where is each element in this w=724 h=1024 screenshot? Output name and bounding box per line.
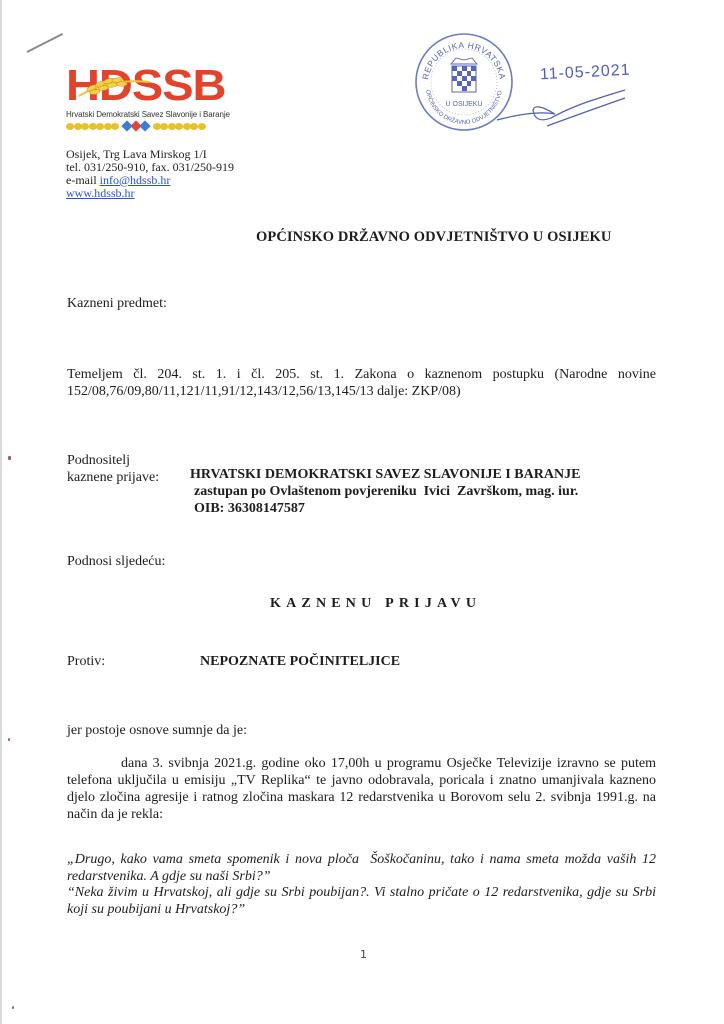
margin-speck [8, 456, 11, 460]
submitter-name: HRVATSKI DEMOKRATSKI SAVEZ SLAVONIJE I B… [190, 466, 580, 483]
page-number: 1 [360, 948, 367, 961]
document-title: KAZNENU PRIJAVU [270, 596, 481, 612]
margin-speck [8, 738, 10, 741]
contact-block: Osijek, Trg Lava Mirskog 1/I tel. 031/25… [66, 148, 234, 200]
legal-basis: Temeljem čl. 204. st. 1. i čl. 205. st. … [67, 366, 656, 400]
hdssb-logo: HDSSB Hrvatski Demokratski Savez Slavoni… [66, 66, 248, 130]
logo-wordmark: HDSSB [66, 66, 261, 108]
quote-2: “Neka živim u Hrvatskoj, ali gdje su Srb… [67, 884, 656, 918]
signature-icon [495, 80, 635, 130]
svg-text:U OSIJEKU: U OSIJEKU [446, 101, 483, 108]
logo-ornament-band [66, 122, 248, 130]
submitter-details: HRVATSKI DEMOKRATSKI SAVEZ SLAVONIJE I B… [190, 466, 580, 517]
logo-subtitle: Hrvatski Demokratski Savez Slavonije i B… [66, 110, 248, 119]
submitter-oib: OIB: 36308147587 [190, 500, 580, 517]
email-link[interactable]: info@hdssb.hr [100, 173, 171, 187]
submits-label: Podnosi sljedeću: [67, 553, 165, 570]
submitter-label: Podnositelj kaznene prijave: [67, 452, 159, 486]
body-paragraph: dana 3. svibnja 2021.g. godine oko 17,00… [67, 755, 656, 823]
scan-edge [0, 0, 2, 1024]
pen-mark [27, 33, 64, 53]
grounds-intro: jer postoje osnove sumnje da je: [67, 722, 247, 739]
regional-emblem-icon [123, 122, 149, 130]
wheat-beads-left [66, 123, 119, 130]
website-line: www.hdssb.hr [66, 187, 234, 200]
margin-speck [12, 1006, 14, 1009]
against-value: NEPOZNATE POČINITELJICE [200, 653, 400, 670]
website-link[interactable]: www.hdssb.hr [66, 186, 135, 200]
wheat-beads-right [153, 123, 206, 130]
quote-1: „Drugo, kako vama smeta spomenik i nova … [67, 851, 656, 885]
wheat-icon [77, 74, 152, 100]
against-label: Protiv: [67, 653, 105, 670]
submitter-representative: zastupan po Ovlaštenom povjereniku Ivici… [190, 483, 580, 500]
recipient-heading: OPĆINSKO DRŽAVNO ODVJETNIŠTVO U OSIJEKU [256, 229, 611, 246]
case-label: Kazneni predmet: [67, 295, 167, 312]
